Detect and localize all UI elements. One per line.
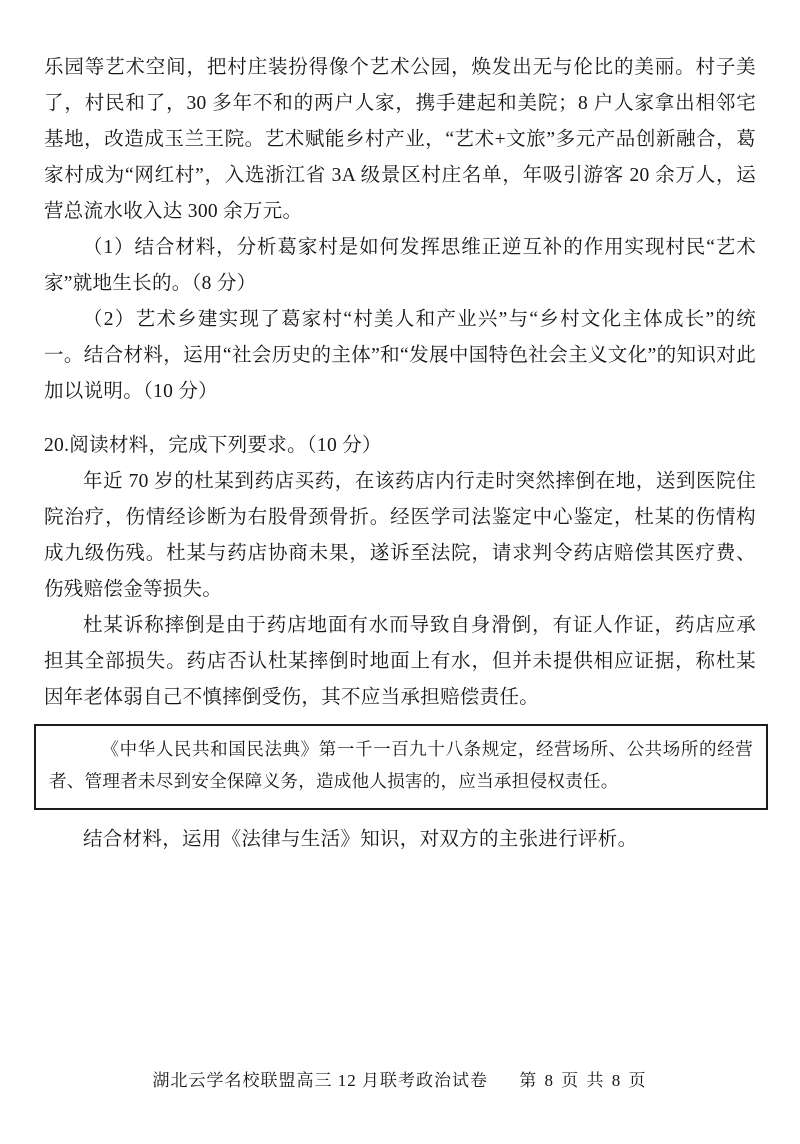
q20-material-para2: 杜某诉称摔倒是由于药店地面有水而导致自身滑倒，有证人作证，药店应承担其全部损失。… xyxy=(44,608,756,716)
exam-content: 乐园等艺术空间，把村庄装扮得像个艺术公园，焕发出无与伦比的美丽。村子美了，村民和… xyxy=(44,50,756,858)
footer-page-indicator: 第 8 页 共 8 页 xyxy=(519,1071,647,1090)
law-quote-box: 《中华人民共和国民法典》第一千一百九十八条规定，经营场所、公共场所的经营者、管理… xyxy=(34,724,768,810)
exam-page: 乐园等艺术空间，把村庄装扮得像个艺术公园，焕发出无与伦比的美丽。村子美了，村民和… xyxy=(0,0,800,1144)
q19-part2-question: （2）艺术乡建实现了葛家村“村美人和产业兴”与“乡村文化主体成长”的统一。结合材… xyxy=(44,302,756,410)
law-quote-text: 《中华人民共和国民法典》第一千一百九十八条规定，经营场所、公共场所的经营者、管理… xyxy=(49,733,753,797)
q19-part1-question: （1）结合材料，分析葛家村是如何发挥思维正逆互补的作用实现村民“艺术家”就地生长… xyxy=(44,230,756,302)
q20-header: 20.阅读材料，完成下列要求。（10 分） xyxy=(44,428,756,464)
q19-material-continuation: 乐园等艺术空间，把村庄装扮得像个艺术公园，焕发出无与伦比的美丽。村子美了，村民和… xyxy=(44,50,756,230)
footer-exam-title: 湖北云学名校联盟高三 12 月联考政治试卷 xyxy=(153,1071,489,1090)
q20-task: 结合材料，运用《法律与生活》知识，对双方的主张进行评析。 xyxy=(44,822,756,858)
q20-material-para1: 年近 70 岁的杜某到药店买药，在该药店内行走时突然摔倒在地，送到医院住院治疗，… xyxy=(44,464,756,608)
page-footer: 湖北云学名校联盟高三 12 月联考政治试卷 第 8 页 共 8 页 xyxy=(0,1066,800,1091)
question-20-section: 20.阅读材料，完成下列要求。（10 分） 年近 70 岁的杜某到药店买药，在该… xyxy=(44,428,756,858)
